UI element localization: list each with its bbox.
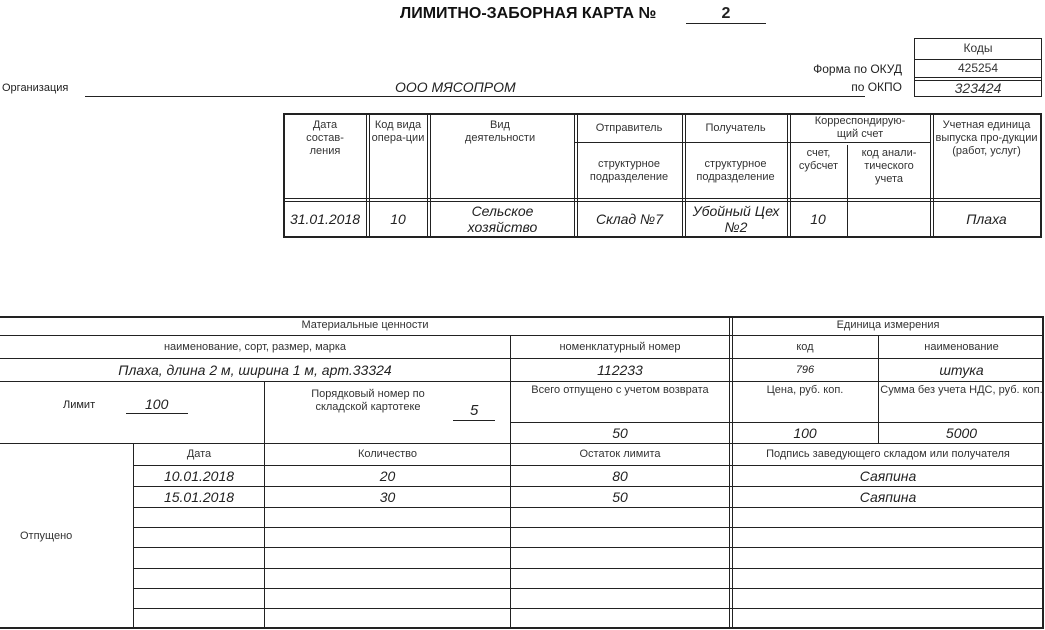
- card-number-value: 5: [470, 402, 478, 419]
- issued-row-date: [134, 569, 264, 588]
- issued-row-remaining: 50: [511, 487, 729, 507]
- issued-row-signature: Саяпина: [732, 487, 1044, 507]
- col-activity-header: Вид деятельности: [455, 113, 545, 198]
- row-opcode: 10: [368, 201, 428, 237]
- issued-row-qty: [265, 508, 510, 527]
- okud-label: Форма по ОКУД: [813, 62, 902, 76]
- col-unit-header: Учетная единица выпуска про-дукции (рабо…: [932, 113, 1041, 198]
- issued-row-date: [134, 528, 264, 547]
- issued-row-remaining: [511, 508, 729, 527]
- row-sender: Склад №7: [576, 201, 683, 237]
- issued-row-date: [134, 609, 264, 628]
- okud-value: 425254: [914, 60, 1042, 77]
- limit-label: Лимит: [63, 399, 95, 411]
- row-date: 31.01.2018: [283, 201, 367, 237]
- issued-row-qty: [265, 528, 510, 547]
- issued-row-date: [134, 508, 264, 527]
- col-opcode-header: Код вида опера-ции: [371, 113, 425, 198]
- issued-row-date: [134, 589, 264, 608]
- price-value: 100: [732, 423, 878, 443]
- issued-row-date: 15.01.2018: [134, 487, 264, 507]
- issued-row-signature: [732, 609, 1044, 628]
- issued-row-signature: [732, 528, 1044, 547]
- issued-row-signature: [732, 548, 1044, 568]
- materials-section-title: Материальные ценности: [0, 316, 730, 335]
- issued-row-signature: [732, 508, 1044, 527]
- issued-row-signature: [732, 569, 1044, 588]
- col-sender-sub-header: структурное подразделение: [577, 143, 681, 198]
- issued-col-date: Дата: [134, 444, 264, 465]
- issued-row-signature: Саяпина: [732, 466, 1044, 486]
- col-analytic-sub-header: код анали-тического учета: [852, 141, 926, 198]
- issued-col-remaining: Остаток лимита: [511, 444, 729, 465]
- issued-row-remaining: [511, 548, 729, 568]
- total-issued-value: 50: [511, 423, 729, 443]
- issued-row-qty: 20: [265, 466, 510, 486]
- row-receiver: Убойный Цех №2: [684, 201, 788, 237]
- document-title: ЛИМИТНО-ЗАБОРНАЯ КАРТА №: [400, 5, 656, 23]
- organization-value: ООО МЯСОПРОМ: [395, 79, 516, 95]
- material-name-value: Плаха, длина 2 м, ширина 1 м, арт.33324: [0, 359, 510, 381]
- row-unit: Плаха: [932, 201, 1041, 237]
- sum-label: Сумма без учета НДС, руб. коп.: [879, 378, 1044, 418]
- sum-value: 5000: [879, 423, 1044, 443]
- issued-row-date: [134, 548, 264, 568]
- issued-row-qty: [265, 589, 510, 608]
- issued-row-remaining: [511, 528, 729, 547]
- issued-row-qty: [265, 548, 510, 568]
- okpo-label: по ОКПО: [851, 80, 902, 94]
- issued-row-remaining: [511, 569, 729, 588]
- name-header: наименование, сорт, размер, марка: [0, 336, 510, 358]
- issued-row-qty: [265, 569, 510, 588]
- col-date-header: Дата состав-ления: [297, 113, 353, 198]
- col-receiver-sub-header: структурное подразделение: [685, 143, 786, 198]
- okpo-value: 323424: [914, 79, 1042, 97]
- total-issued-label: Всего отпущено с учетом возврата: [530, 378, 710, 418]
- organization-label: Организация: [2, 82, 68, 94]
- unit-code-header: код: [732, 336, 878, 358]
- limit-value: 100: [145, 396, 168, 412]
- issued-row-remaining: [511, 589, 729, 608]
- issued-col-qty: Количество: [265, 444, 510, 465]
- issued-row-qty: [265, 609, 510, 628]
- document-number: 2: [686, 5, 766, 24]
- row-activity: Сельское хозяйство: [440, 201, 565, 237]
- nomenclature-header: номенклатурный номер: [511, 336, 729, 358]
- issued-row-remaining: [511, 609, 729, 628]
- price-label: Цена, руб. коп.: [732, 378, 878, 418]
- card-number-label: Порядковый номер по складской картотеке: [298, 386, 438, 416]
- issued-row-remaining: 80: [511, 466, 729, 486]
- issued-label: Отпущено: [0, 444, 133, 628]
- unit-name-header: наименование: [879, 336, 1044, 358]
- col-sender-header: Отправитель: [577, 115, 681, 142]
- row-analytic: [848, 201, 931, 237]
- issued-row-date: 10.01.2018: [134, 466, 264, 486]
- issued-col-signature: Подпись заведующего складом или получате…: [732, 444, 1044, 465]
- col-corr-account-header: Корреспондирую-щий счет: [800, 114, 920, 142]
- issued-row-signature: [732, 589, 1044, 608]
- unit-section-title: Единица измерения: [732, 316, 1044, 335]
- col-account-sub-header: счет, субсчет: [790, 141, 847, 198]
- codes-header: Коды: [914, 38, 1042, 59]
- row-account: 10: [789, 201, 847, 237]
- col-receiver-header: Получатель: [685, 115, 786, 142]
- issued-row-qty: 30: [265, 487, 510, 507]
